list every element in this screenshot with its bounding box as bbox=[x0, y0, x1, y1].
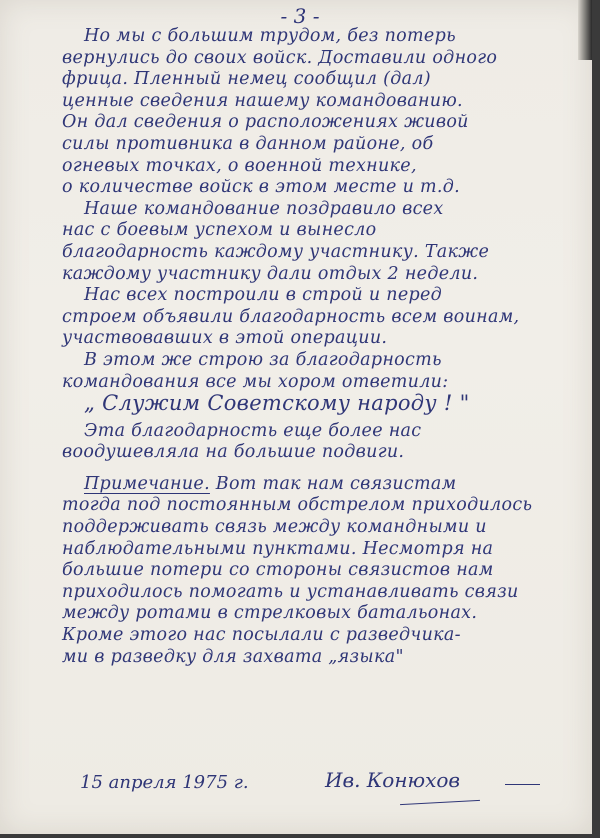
text-line: Нас всех построили в строй и перед bbox=[62, 285, 592, 307]
text-line: вернулись до своих войск. Доставили одно… bbox=[62, 48, 592, 70]
text-line: ми в разведку для захвата „языка" bbox=[62, 647, 592, 669]
text-line: Наше командование поздравило всех bbox=[62, 199, 592, 221]
paragraph-1: Но мы с большим трудом, без потерь верну… bbox=[62, 26, 592, 199]
note-label: Примечание. bbox=[84, 474, 210, 494]
signature: Ив. Конюхов bbox=[325, 768, 460, 792]
signature-dash bbox=[505, 784, 540, 785]
text-line: Он дал сведения о расположениях живой bbox=[62, 112, 592, 134]
text-line: фрица. Пленный немец сообщил (дал) bbox=[62, 69, 592, 91]
paragraph-4: В этом же строю за благодарность командо… bbox=[62, 350, 592, 415]
handwritten-body: Но мы с большим трудом, без потерь верну… bbox=[62, 26, 592, 668]
text-line: огневых точках, о военной технике, bbox=[62, 156, 592, 178]
text-line: благодарность каждому участнику. Также bbox=[62, 242, 592, 264]
text-line: В этом же строю за благодарность bbox=[62, 350, 592, 372]
text-line: нас с боевым успехом и вынесло bbox=[62, 220, 592, 242]
note-first-line-text: Вот так нам связистам bbox=[210, 474, 457, 494]
text-line: большие потери со стороны связистов нам bbox=[62, 560, 592, 582]
signature-underline bbox=[400, 800, 480, 805]
paragraph-3: Нас всех построили в строй и перед строе… bbox=[62, 285, 592, 350]
note-paragraph: Примечание. Вот так нам связистам тогда … bbox=[62, 474, 592, 668]
document-footer: 15 апреля 1975 г. Ив. Конюхов bbox=[80, 766, 560, 806]
text-line: каждому участнику дали отдых 2 недели. bbox=[62, 264, 592, 286]
text-line: строем объявили благодарность всем воина… bbox=[62, 307, 592, 329]
text-line: ценные сведения нашему командованию. bbox=[62, 91, 592, 113]
page-number: - 3 - bbox=[0, 4, 600, 28]
text-line: силы противника в данном районе, об bbox=[62, 134, 592, 156]
date: 15 апреля 1975 г. bbox=[80, 772, 249, 793]
text-line: воодушевляла на большие подвиги. bbox=[62, 442, 592, 464]
text-line: о количестве войск в этом месте и т.д. bbox=[62, 177, 592, 199]
text-line: тогда под постоянным обстрелом приходило… bbox=[62, 495, 592, 517]
quote-line: „ Служим Советскому народу ! " bbox=[62, 393, 592, 415]
paragraph-2: Наше командование поздравило всех нас с … bbox=[62, 199, 592, 285]
text-line: поддерживать связь между командными и bbox=[62, 517, 592, 539]
document-page: - 3 - Но мы с большим трудом, без потерь… bbox=[0, 0, 592, 834]
text-line: Но мы с большим трудом, без потерь bbox=[62, 26, 592, 48]
text-line: командования все мы хором ответили: bbox=[62, 372, 592, 394]
paragraph-5: Эта благодарность еще более нас воодушев… bbox=[62, 421, 592, 464]
text-line: Кроме этого нас посылали с разведчика- bbox=[62, 625, 592, 647]
text-line: наблюдательными пунктами. Несмотря на bbox=[62, 539, 592, 561]
text-line: приходилось помогать и устанавливать свя… bbox=[62, 582, 592, 604]
text-line: Эта благодарность еще более нас bbox=[62, 421, 592, 443]
text-line: между ротами в стрелковых батальонах. bbox=[62, 603, 592, 625]
text-line: участвовавших в этой операции. bbox=[62, 328, 592, 350]
note-first-line: Примечание. Вот так нам связистам bbox=[62, 474, 592, 496]
